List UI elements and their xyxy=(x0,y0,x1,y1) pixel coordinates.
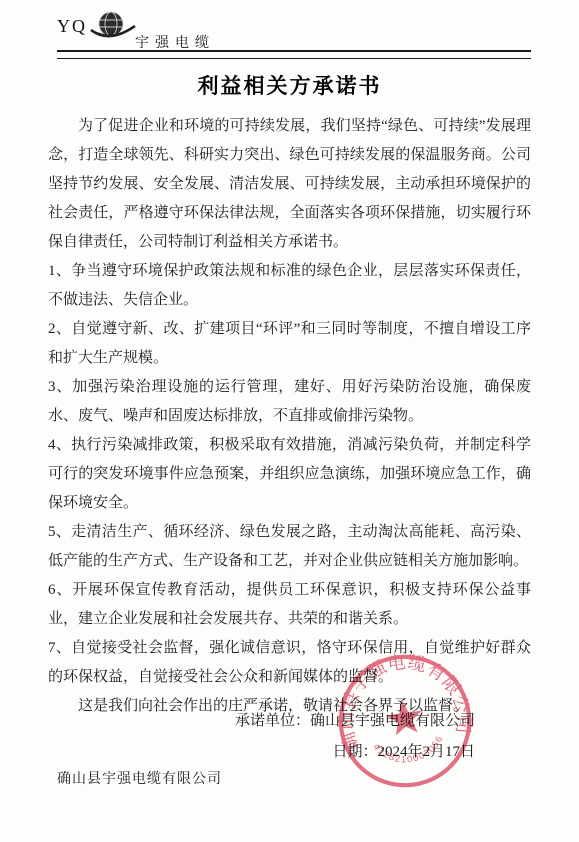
commitment-item-2: 2、自觉遵守新、改、扩建项目“环评”和三同时等制度，不擅自增设工序和扩大生产规模… xyxy=(48,315,531,373)
commitment-item-5: 5、走清洁生产、循环经济、绿色发展之路，主动淘汰高能耗、高污染、低产能的生产方式… xyxy=(48,518,531,576)
signature-date-label: 日期： xyxy=(332,744,377,760)
document-page: YQ 宇强电缆 利益相关方承诺书 为了促进企业和环境的可持续发展，我们坚持“绿色… xyxy=(0,0,579,842)
footer-company-name: 确山县宇强电缆有限公司 xyxy=(57,768,222,788)
letterhead: YQ 宇强电缆 xyxy=(57,10,531,54)
signature-unit-label: 承诺单位： xyxy=(235,713,310,729)
commitment-item-4: 4、执行污染减排政策，积极采取有效措施，消减污染负荷，并制定科学可行的突发环境事… xyxy=(48,431,531,518)
signature-block: 承诺单位：确山县宇强电缆有限公司 日期：2024年2月17日 xyxy=(235,706,475,768)
commitment-item-6: 6、开展环保宣传教育活动，提供员工环保意识，积极支持环保公益事业，建立企业发展和… xyxy=(48,576,531,634)
document-title: 利益相关方承诺书 xyxy=(48,70,531,100)
commitment-item-7: 7、自觉接受社会监督，强化诚信意识，恪守环保信用，自觉维护好群众的环保权益，自觉… xyxy=(48,634,531,692)
commitment-item-3: 3、加强污染治理设施的运行管理，建好、用好污染防治设施，确保废水、废气、噪声和固… xyxy=(48,373,531,431)
signature-date-line: 日期：2024年2月17日 xyxy=(235,737,475,768)
brand-name: 宇强电缆 xyxy=(135,32,215,52)
document-body: 为了促进企业和环境的可持续发展，我们坚持“绿色、可持续”发展理念，打造全球领先、… xyxy=(48,112,531,721)
signature-unit-value: 确山县宇强电缆有限公司 xyxy=(310,713,475,729)
intro-paragraph: 为了促进企业和环境的可持续发展，我们坚持“绿色、可持续”发展理念，打造全球领先、… xyxy=(48,112,531,257)
signature-date-value: 2024年2月17日 xyxy=(377,744,475,760)
commitment-item-1: 1、争当遵守环境保护政策法规和标准的绿色企业，层层落实环保责任，不做违法、失信企… xyxy=(48,257,531,315)
signature-unit-line: 承诺单位：确山县宇强电缆有限公司 xyxy=(235,706,475,737)
logo-yq-text: YQ xyxy=(57,16,87,37)
letterhead-divider xyxy=(57,50,531,59)
